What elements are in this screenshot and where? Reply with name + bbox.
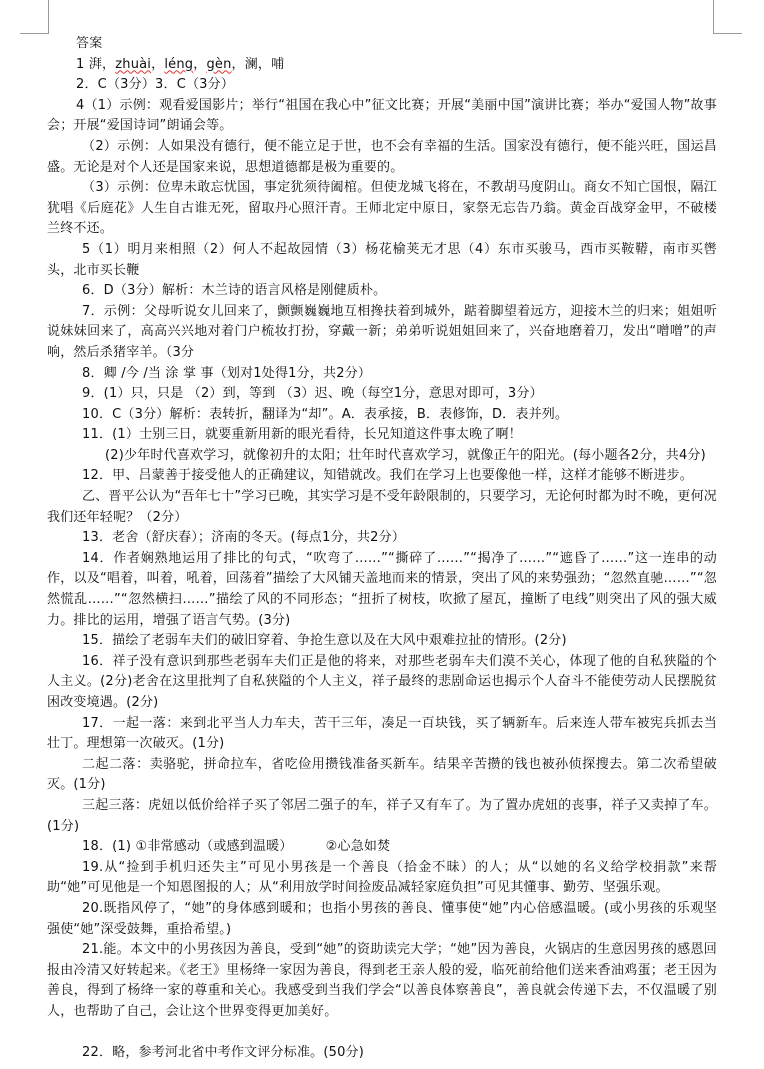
answer-q14: 14．作者娴熟地运用了排比的句式，“吹弯了……”“撕碎了……”“揭净了……”“遮…	[47, 549, 717, 631]
answer-q7: 7．示例：父母听说女儿回来了，颤颤巍巍地互相搀扶着到城外，踮着脚望着远方，迎接木…	[47, 302, 717, 364]
answer-q4-2: （2）示例：人如果没有德行，便不能立足于世，也不会有幸福的生活。国家没有德行，便…	[47, 137, 717, 178]
blank-line	[47, 1023, 717, 1043]
answer-q17-3: 三起三落：虎妞以低价给祥子买了邻居二强子的车，祥子又有车了。为了置办虎妞的丧事，…	[47, 796, 717, 837]
answer-q10: 10．C（3分）解析：表转折，翻译为“却”。A．表承接，B．表修饰，D．表并列。	[47, 405, 717, 426]
q1-sep: ，	[193, 57, 206, 72]
answer-q13: 13．老舍（舒庆春）；济南的冬天。(每点1分，共2分）	[47, 528, 717, 549]
answer-q4-3: （3）示例：位卑未敢忘忧国，事定犹须待阖棺。但使龙城飞将在，不教胡马度阴山。商女…	[47, 178, 717, 240]
q1-part: 湃，	[89, 57, 115, 72]
answer-q4-1: 4（1）示例：观看爱国影片；举行“祖国在我心中”征文比赛；开展“美丽中国”演讲比…	[47, 96, 717, 137]
answer-q16: 16．祥子没有意识到那些老弱车夫们正是他的将来，对那些老弱车夫们漠不关心，体现了…	[47, 652, 717, 714]
answer-q15: 15．描绘了老弱车夫们的破旧穿着、争抢生意以及在大风中艰难拉扯的情形。(2分)	[47, 631, 717, 652]
answer-q19: 19.从“捡到手机归还失主”可见小男孩是一个善良（拾金不昧）的人；从“以她的名义…	[47, 858, 717, 899]
answer-q5: 5（1）明月来相照（2）何人不起故园情（3）杨花榆荚无才思（4）东市买骏马，西市…	[47, 240, 717, 281]
q1-number: 1	[76, 57, 84, 72]
answer-q2-q3: 2．C（3分）3．C（3分）	[47, 75, 717, 96]
q1-sep: ，	[151, 57, 164, 72]
q1-pinyin-leng: léng	[164, 57, 193, 72]
q1-pinyin-gen: gèn	[206, 57, 231, 72]
q1-pinyin-zhuai: zhuài	[115, 57, 151, 72]
answer-q17-1: 17．一起一落：来到北平当人力车夫，苦干三年，凑足一百块钱，买了辆新车。后来连人…	[47, 714, 717, 755]
q1-part: ，澜，哺	[232, 57, 285, 72]
answer-q21: 21.能。本文中的小男孩因为善良，受到“她”的资助读完大学；“她”因为善良，火锅…	[47, 940, 717, 1022]
answer-q11-1: 11．(1）士别三日，就要重新用新的眼光看待，长兄知道这件事太晚了啊！	[47, 425, 717, 446]
answer-q12-b: 乙、晋平公认为“吾年七十”学习已晚，其实学习是不受年龄限制的，只要学习，无论何时…	[47, 487, 717, 528]
answer-q12-a: 12．甲、吕蒙善于接受他人的正确建议，知错就改。我们在学习上也要像他一样，这样才…	[47, 466, 717, 487]
answer-q9: 9．(1）只，只是 （2）到，等到 （3）迟、晚（每空1分，意思对即可，3分）	[47, 384, 717, 405]
answer-document-page: 答案 1 湃，zhuài，léng，gèn，澜，哺 2．C（3分）3．C（3分）…	[47, 34, 717, 1063]
answer-q17-2: 二起二落：卖骆驼，拼命拉车，省吃俭用攒钱准备买新车。结果辛苦攒的钱也被孙侦探搜去…	[47, 755, 717, 796]
answer-q1: 1 湃，zhuài，léng，gèn，澜，哺	[47, 55, 717, 76]
answer-q22: 22．略，参考河北省中考作文评分标准。(50分)	[47, 1043, 717, 1064]
answer-q11-2: (2)少年时代喜欢学习，就像初升的太阳；壮年时代喜欢学习，就像正午的阳光。(每小…	[47, 446, 717, 467]
answer-q20: 20.既指风停了，“她”的身体感到暖和；也指小男孩的善良、懂事使“她”内心倍感温…	[47, 899, 717, 940]
answer-heading: 答案	[47, 34, 717, 55]
page-corner-mark-top-right	[713, 0, 742, 34]
page-corner-mark-top-left	[20, 0, 49, 34]
answer-q8: 8．卿 /今 /当 涂 掌 事（划对1处得1分，共2分）	[47, 364, 717, 385]
answer-q18: 18．(1) ①非常感动（或感到温暖） ②心急如焚	[47, 837, 717, 858]
answer-q6: 6．D（3分）解析：木兰诗的语言风格是刚健质朴。	[47, 281, 717, 302]
